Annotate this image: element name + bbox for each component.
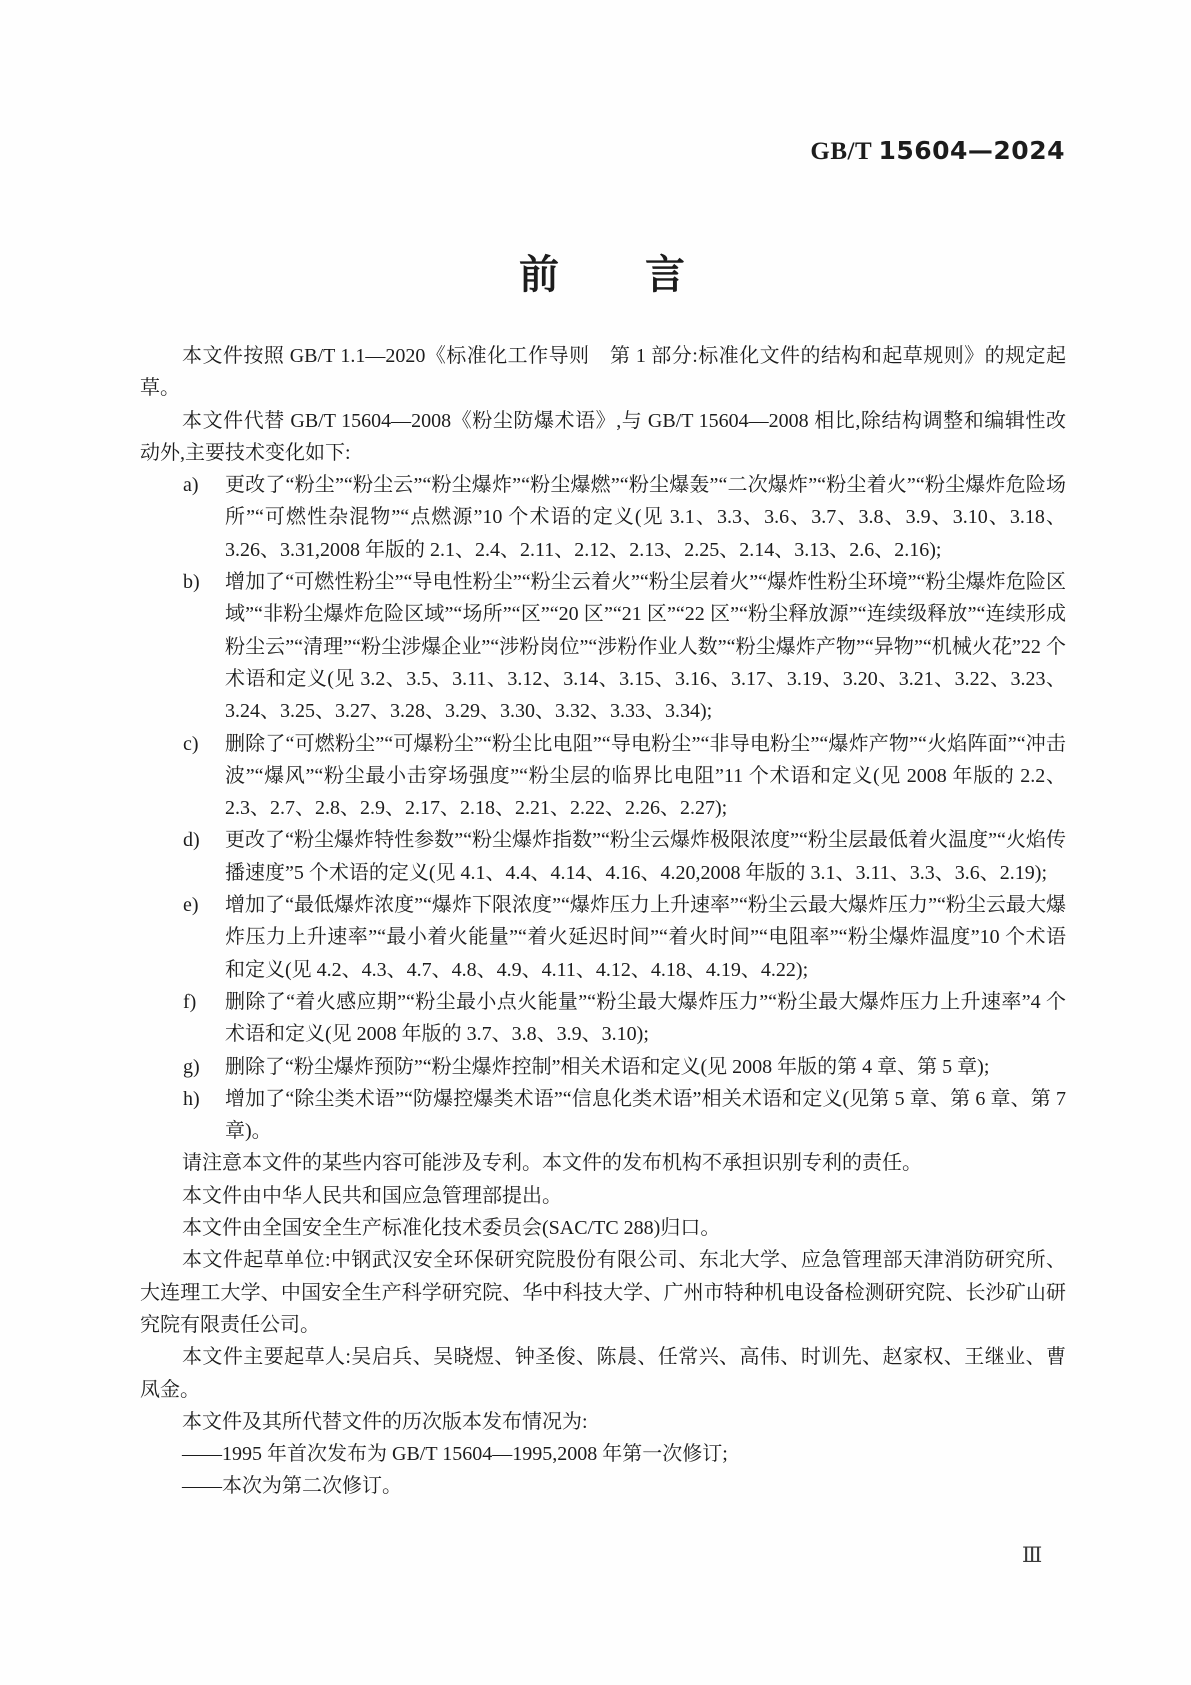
paragraph: 本文件按照 GB/T 1.1—2020《标准化工作导则 第 1 部分:标准化文件… xyxy=(140,340,1066,405)
standard-number: GB/T 15604—2024 xyxy=(810,136,1065,166)
page-title: 前 言 xyxy=(140,243,1066,300)
paragraph: 本文件起草单位:中钢武汉安全环保研究院股份有限公司、东北大学、应急管理部天津消防… xyxy=(140,1244,1066,1341)
list-item-b: b) 增加了“可燃性粉尘”“导电性粉尘”“粉尘云着火”“粉尘层着火”“爆炸性粉尘… xyxy=(140,566,1066,727)
list-marker: h) xyxy=(183,1083,200,1115)
list-item-text: 增加了“除尘类术语”“防爆控爆类术语”“信息化类术语”相关术语和定义(见第 5 … xyxy=(225,1088,1066,1142)
list-item-d: d) 更改了“粉尘爆炸特性参数”“粉尘爆炸指数”“粉尘云爆炸极限浓度”“粉尘层最… xyxy=(140,824,1066,889)
list-marker: f) xyxy=(183,986,196,1018)
paragraph: 本文件代替 GB/T 15604—2008《粉尘防爆术语》,与 GB/T 156… xyxy=(140,405,1066,470)
list-item-text: 更改了“粉尘爆炸特性参数”“粉尘爆炸指数”“粉尘云爆炸极限浓度”“粉尘层最低着火… xyxy=(225,829,1066,883)
list-marker: g) xyxy=(183,1051,200,1083)
list-item-g: g) 删除了“粉尘爆炸预防”“粉尘爆炸控制”相关术语和定义(见 2008 年版的… xyxy=(140,1051,1066,1083)
list-item-text: 更改了“粉尘”“粉尘云”“粉尘爆炸”“粉尘爆燃”“粉尘爆轰”“二次爆炸”“粉尘着… xyxy=(225,474,1066,561)
list-item-text: 删除了“粉尘爆炸预防”“粉尘爆炸控制”相关术语和定义(见 2008 年版的第 4… xyxy=(225,1056,989,1078)
list-item-e: e) 增加了“最低爆炸浓度”“爆炸下限浓度”“爆炸压力上升速率”“粉尘云最大爆炸… xyxy=(140,889,1066,986)
page-number: Ⅲ xyxy=(1022,1543,1042,1568)
revision-note: ——1995 年首次发布为 GB/T 15604—1995,2008 年第一次修… xyxy=(140,1438,1066,1470)
list-marker: c) xyxy=(183,728,199,760)
foreword-content: 本文件按照 GB/T 1.1—2020《标准化工作导则 第 1 部分:标准化文件… xyxy=(140,340,1066,1503)
paragraph: 本文件由中华人民共和国应急管理部提出。 xyxy=(140,1180,1066,1212)
paragraph: 本文件主要起草人:吴启兵、吴晓煜、钟圣俊、陈晨、任常兴、高伟、时训先、赵家权、王… xyxy=(140,1341,1066,1406)
paragraph: 请注意本文件的某些内容可能涉及专利。本文件的发布机构不承担识别专利的责任。 xyxy=(140,1147,1066,1179)
list-item-text: 增加了“可燃性粉尘”“导电性粉尘”“粉尘云着火”“粉尘层着火”“爆炸性粉尘环境”… xyxy=(225,571,1066,722)
list-marker: a) xyxy=(183,469,199,501)
paragraph: 本文件及其所代替文件的历次版本发布情况为: xyxy=(140,1406,1066,1438)
paragraph: 本文件由全国安全生产标准化技术委员会(SAC/TC 288)归口。 xyxy=(140,1212,1066,1244)
standard-number-code: 15604—2024 xyxy=(878,136,1065,165)
list-item-h: h) 增加了“除尘类术语”“防爆控爆类术语”“信息化类术语”相关术语和定义(见第… xyxy=(140,1083,1066,1148)
list-item-f: f) 删除了“着火感应期”“粉尘最小点火能量”“粉尘最大爆炸压力”“粉尘最大爆炸… xyxy=(140,986,1066,1051)
list-marker: d) xyxy=(183,824,200,856)
list-marker: e) xyxy=(183,889,199,921)
revision-note: ——本次为第二次修订。 xyxy=(140,1470,1066,1502)
list-item-text: 删除了“着火感应期”“粉尘最小点火能量”“粉尘最大爆炸压力”“粉尘最大爆炸压力上… xyxy=(225,991,1066,1045)
standard-number-prefix: GB/T xyxy=(810,138,871,165)
list-item-a: a) 更改了“粉尘”“粉尘云”“粉尘爆炸”“粉尘爆燃”“粉尘爆轰”“二次爆炸”“… xyxy=(140,469,1066,566)
list-item-text: 删除了“可燃粉尘”“可爆粉尘”“粉尘比电阻”“导电粉尘”“非导电粉尘”“爆炸产物… xyxy=(225,733,1066,820)
document-page: GB/T 15604—2024 前 言 本文件按照 GB/T 1.1—2020《… xyxy=(0,0,1191,1685)
list-item-c: c) 删除了“可燃粉尘”“可爆粉尘”“粉尘比电阻”“导电粉尘”“非导电粉尘”“爆… xyxy=(140,728,1066,825)
list-marker: b) xyxy=(183,566,200,598)
list-item-text: 增加了“最低爆炸浓度”“爆炸下限浓度”“爆炸压力上升速率”“粉尘云最大爆炸压力”… xyxy=(225,894,1066,981)
